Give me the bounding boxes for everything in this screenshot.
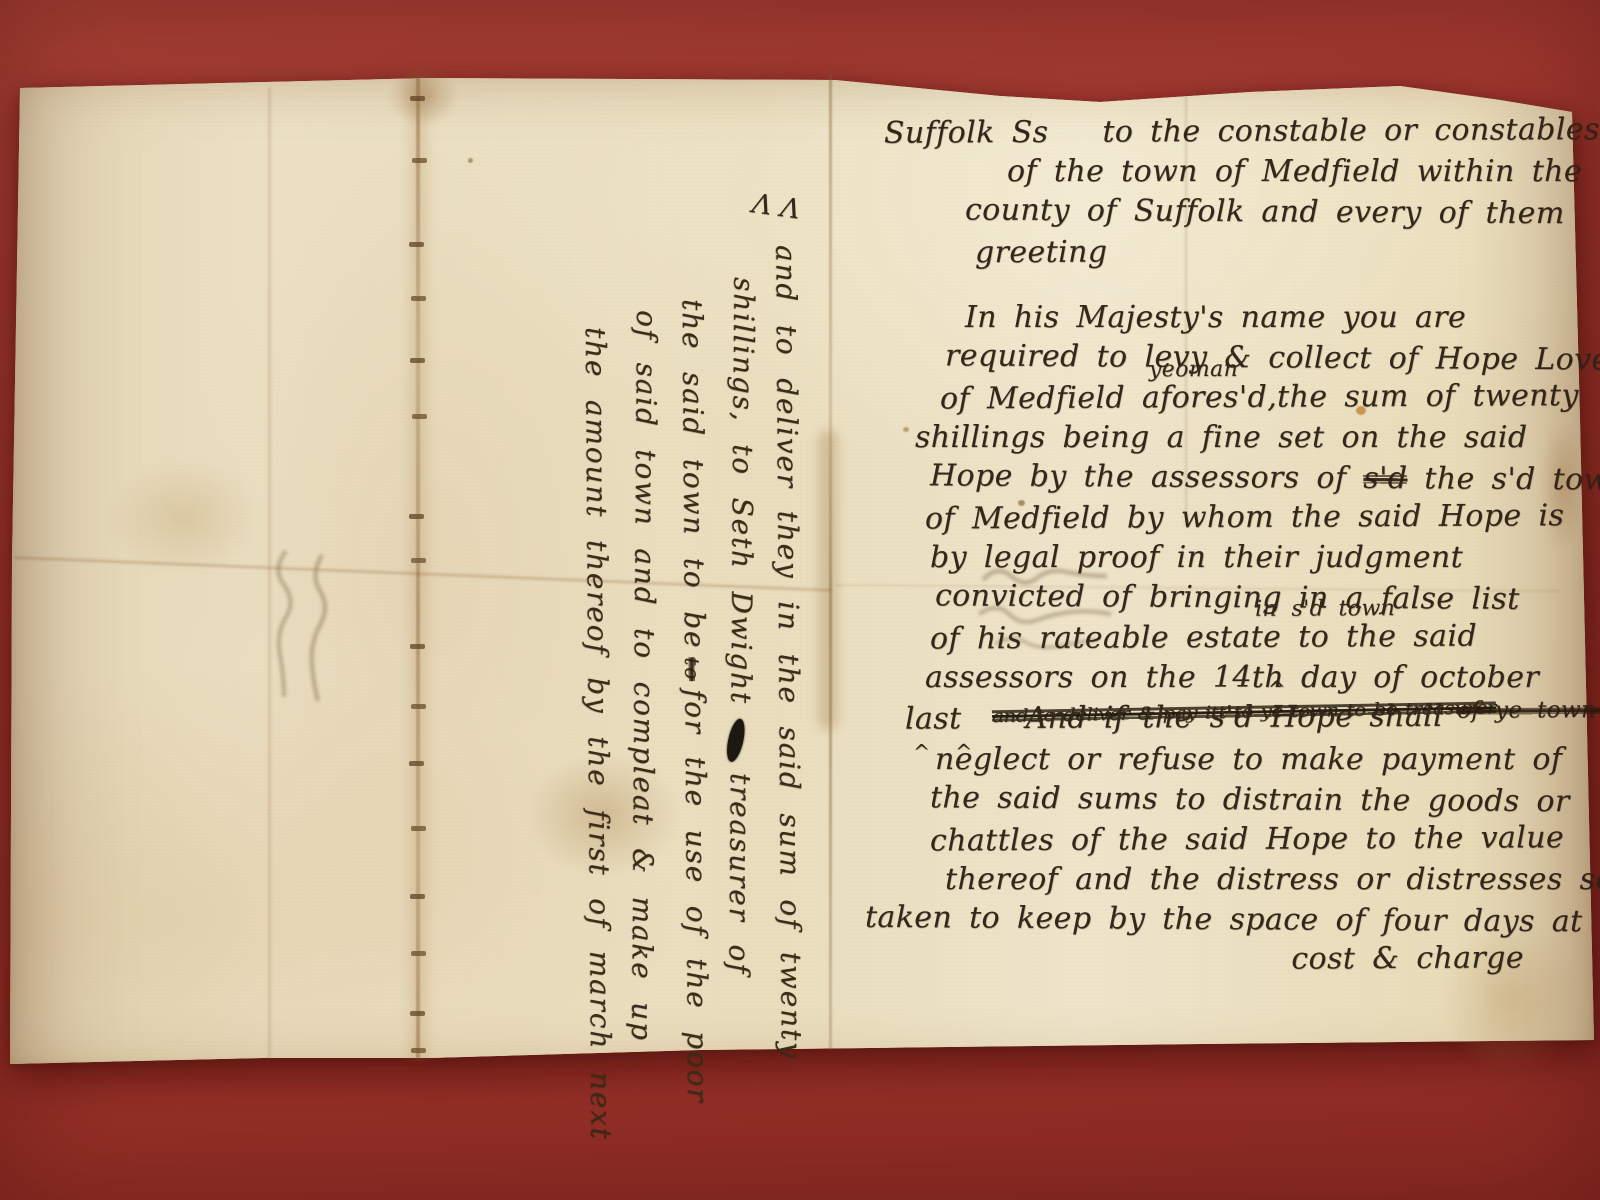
text-line: thereof and the distress or distresses s… [862,860,1572,900]
word-with-carets: last^ ^ [905,699,962,739]
right-page-text: Suffolk Ssto the constable or constables… [862,112,1572,980]
text-segment: the s'd town [1424,461,1600,497]
text-line: In his Majesty's name you are [862,298,1572,338]
text-line: shillings, to Seth Dwighttreasurer of [715,215,768,1037]
text-line: Hope by the assessors of s'd the s'd tow… [862,456,1572,500]
heading-line: Suffolk Ssto the constable or constables [862,110,1572,154]
text-line: taken to keep by the space of four days … [862,898,1572,942]
text-segment: of his rateable estate [930,620,1281,657]
stitch-marks [410,96,425,101]
text-line: greeting [862,230,1572,274]
struck-word: s'd [1363,461,1407,496]
text-segment: to the said [1298,619,1477,655]
text-line: of Medfield afores'd,yeomanthe sum of tw… [862,376,1572,420]
text-line: neglect or refuse to make payment of [862,740,1572,780]
text-line: convicted of bringing in a false list [862,576,1572,620]
text-segment: shillings, to Seth Dwight [724,277,760,705]
text-segment: treasurer of [723,773,757,976]
text-line: shillings being a fine set on the said [862,418,1572,458]
text-line: cost & charge [862,938,1572,982]
inserted-word: yeoman [1149,359,1238,381]
text-segment: the sum of twenty [1277,378,1579,415]
text-line: of said town and to compleat & make up [618,215,671,1037]
struck-phrase: of ye town m'd— [1457,697,1600,724]
inserted-phrase: in s'd town [1255,598,1395,621]
text-line: the amount thereof by the first of march… [571,215,624,1037]
text-line: county of Suffolk and every of them [862,190,1572,234]
ink-blot [724,717,748,763]
text-line: of Medfield by whom the said Hope is [862,496,1572,540]
text-line: and to deliver they in the said sum of t… [762,215,815,1037]
text-line: of his rateable estatein s'd town^ to th… [862,616,1572,660]
text-segment: to the constable or constables [1102,112,1600,150]
text-segment: for the use of the poor [678,689,714,1104]
left-page-rotated-text: and to deliver they in the said sum of t… [572,215,812,1037]
text-line: of the town of Medfield within the [862,152,1572,192]
struck-word: to [680,657,704,681]
text-segment: of Medfield afores'd, [940,380,1277,417]
text-segment: And if the s'd Hope [1025,699,1353,736]
text-line: last^ ^And if the s'd Hopeshallof ye tow… [862,696,1572,742]
text-segment: shall [1369,699,1443,734]
text-line: the said sums to distrain the goods or [862,778,1572,822]
county-label: Suffolk Ss [884,115,1049,151]
text-line: by legal proof in their judgment [862,538,1572,578]
text-line: chattles of the said Hope to the value [862,818,1572,862]
text-line: the said town to betofor the use of the … [665,215,721,1037]
text-segment: Hope by the assessors of [930,458,1347,496]
text-segment: the said town to be [676,299,711,650]
